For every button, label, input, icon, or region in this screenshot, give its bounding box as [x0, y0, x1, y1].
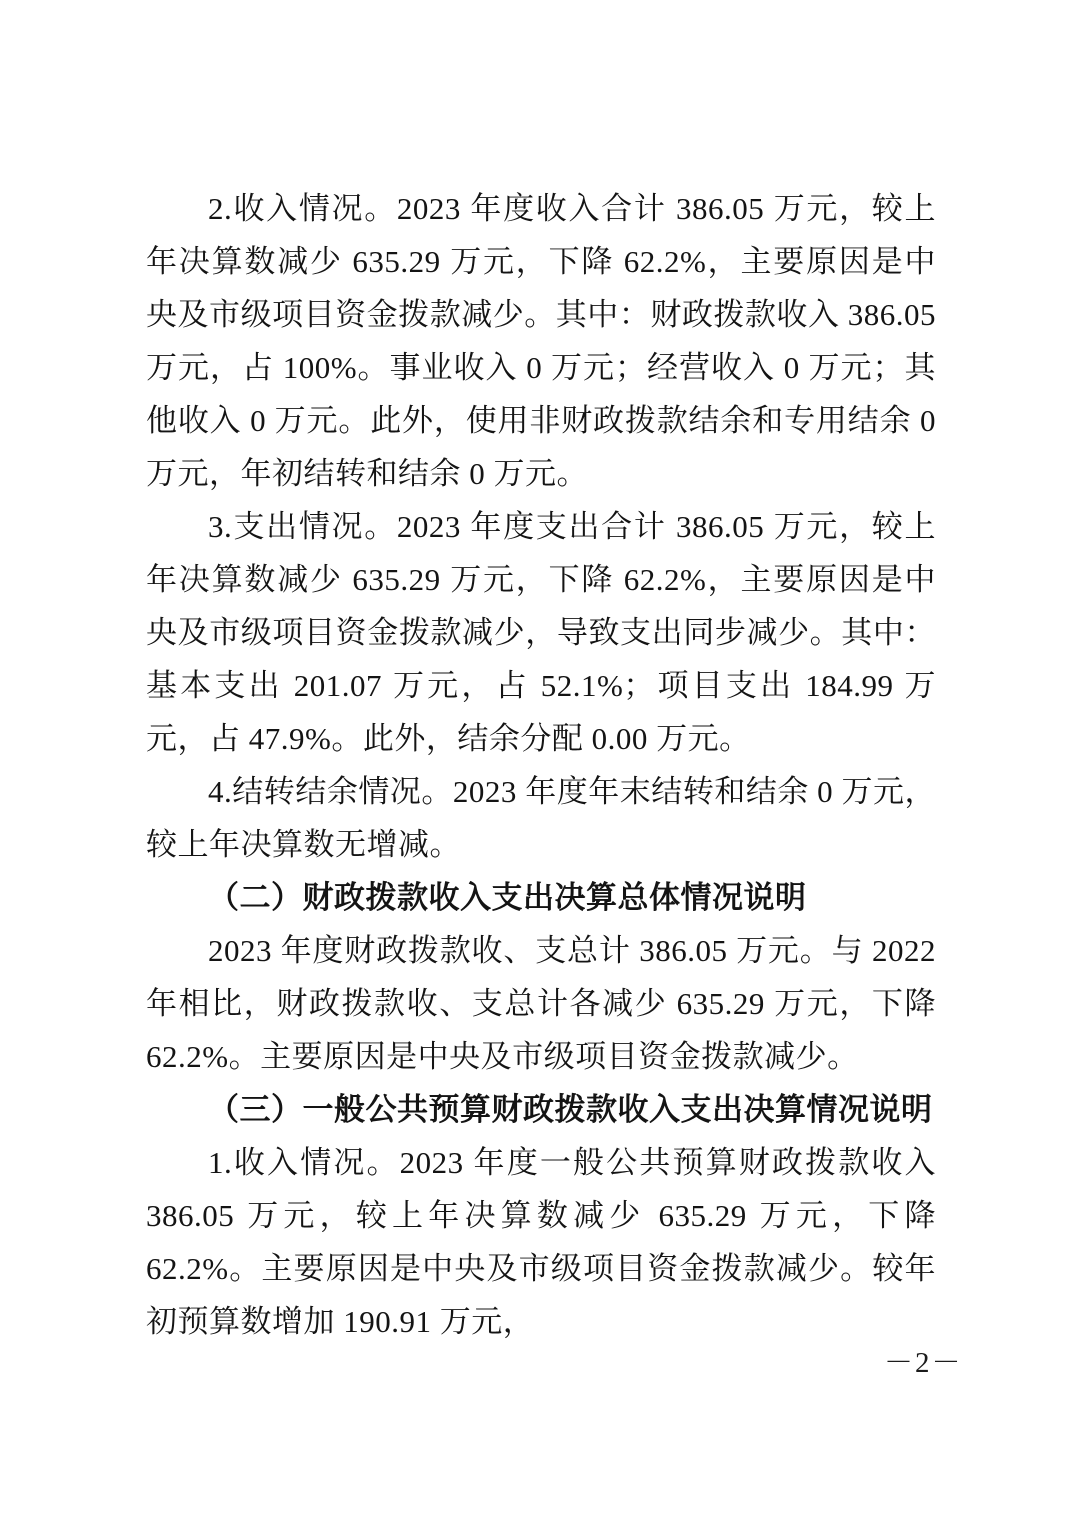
paragraph-income-situation: 2.收入情况。2023 年度收入合计 386.05 万元，较上年决算数减少 63…: [146, 182, 936, 500]
paragraph-expenditure-situation: 3.支出情况。2023 年度支出合计 386.05 万元，较上年决算数减少 63…: [146, 500, 936, 765]
document-body: 2.收入情况。2023 年度收入合计 386.05 万元，较上年决算数减少 63…: [146, 182, 936, 1348]
section-heading-general-public-budget: （三）一般公共预算财政拨款收入支出决算情况说明: [146, 1083, 936, 1136]
paragraph-general-budget-income: 1.收入情况。2023 年度一般公共预算财政拨款收入 386.05 万元，较上年…: [146, 1136, 936, 1348]
section-heading-fiscal-appropriation-overview: （二）财政拨款收入支出决算总体情况说明: [146, 871, 936, 924]
paragraph-carryover-situation: 4.结转结余情况。2023 年度年末结转和结余 0 万元，较上年决算数无增减。: [146, 765, 936, 871]
page-number: －2－: [884, 1340, 963, 1381]
paragraph-fiscal-appropriation-total: 2023 年度财政拨款收、支总计 386.05 万元。与 2022 年相比，财政…: [146, 924, 936, 1083]
document-page: 2.收入情况。2023 年度收入合计 386.05 万元，较上年决算数减少 63…: [0, 0, 1075, 1520]
